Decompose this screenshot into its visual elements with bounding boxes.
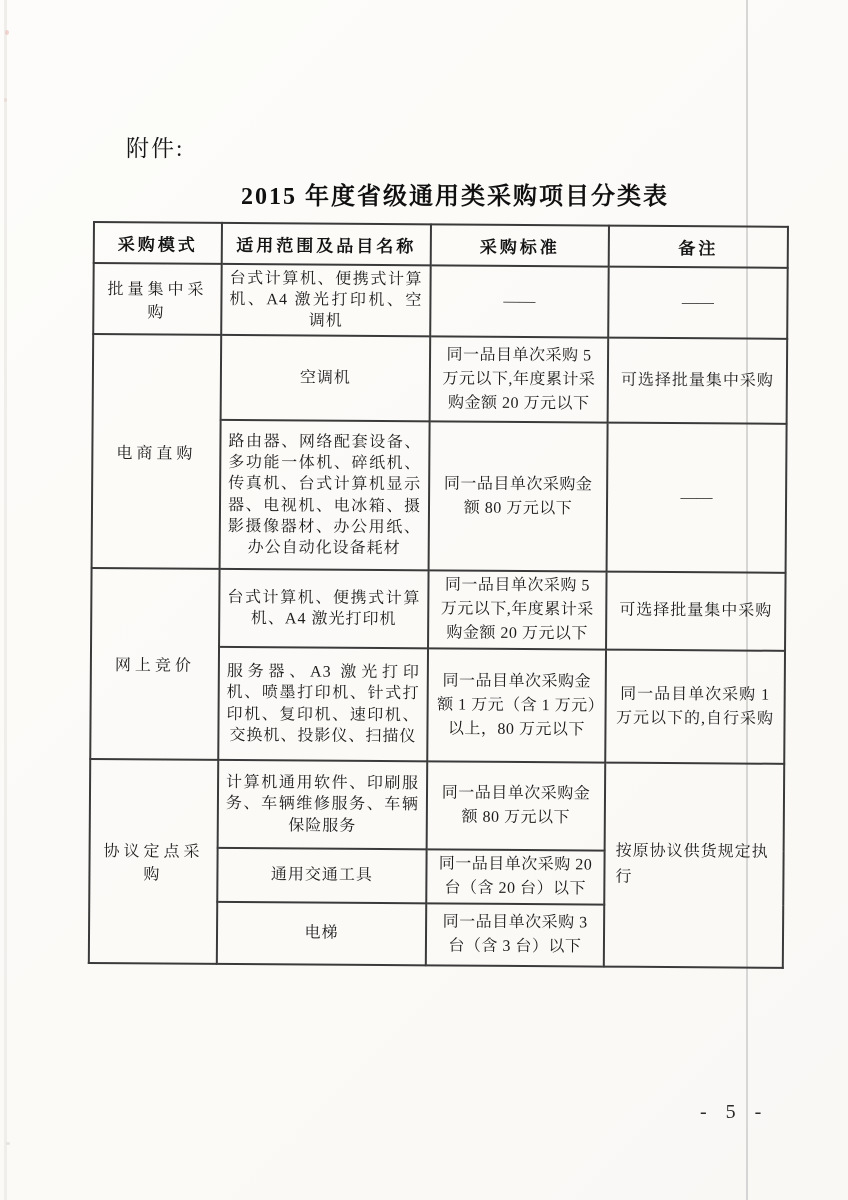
table-header-row: 采购模式 适用范围及品目名称 采购标准 备注 xyxy=(94,222,788,268)
table-row: 网上竞价 台式计算机、便携式计算机、A4 激光打印机 同一品目单次采购 5 万元… xyxy=(91,568,786,651)
header-procurement-standard: 采购标准 xyxy=(431,224,609,266)
document-title: 2015 年度省级通用类采购项目分类表 xyxy=(60,176,848,211)
standard-cell: 同一品目单次采购 3 台（含 3 台）以下 xyxy=(426,903,604,966)
remark-cell-merged: 按原协议供货规定执行 xyxy=(604,763,784,968)
header-remarks: 备注 xyxy=(609,226,788,268)
scope-cell: 空调机 xyxy=(221,335,431,421)
attachment-label: 附件: xyxy=(126,130,184,163)
remark-cell: —— xyxy=(608,267,787,339)
scope-cell: 通用交通工具 xyxy=(217,848,426,903)
remark-cell: 可选择批量集中采购 xyxy=(608,338,788,424)
table-row: 协议定点采购 计算机通用软件、印刷服务、车辆维修服务、车辆保险服务 同一品目单次… xyxy=(90,759,785,852)
standard-cell: 同一品目单次采购金额 80 万元以下 xyxy=(427,761,606,850)
mode-cell-ecommerce-direct: 电商直购 xyxy=(92,334,222,569)
standard-cell: 同一品目单次采购 5 万元以下,年度累计采购金额 20 万元以下 xyxy=(430,336,609,422)
header-procurement-mode: 采购模式 xyxy=(94,222,222,264)
scanned-document-page: 附件: 2015 年度省级通用类采购项目分类表 采购模式 适用范围及品目名称 采… xyxy=(0,0,848,1200)
scope-cell: 计算机通用软件、印刷服务、车辆维修服务、车辆保险服务 xyxy=(218,760,428,849)
standard-cell: 同一品目单次采购金额 1 万元（含 1 万元）以上，80 万元以下 xyxy=(427,648,606,762)
scan-speck xyxy=(6,1142,10,1145)
scope-cell: 服务器、A3 激光打印机、喷墨打印机、针式打印机、复印机、速印机、交换机、投影仪… xyxy=(218,647,428,761)
standard-cell: —— xyxy=(430,265,608,337)
scan-speck xyxy=(4,98,7,102)
classification-table-wrapper: 采购模式 适用范围及品目名称 采购标准 备注 批量集中采购 台式计算机、便携式计… xyxy=(88,221,791,969)
scan-speck xyxy=(5,30,9,35)
standard-cell: 同一品目单次采购金额 80 万元以下 xyxy=(429,421,608,571)
table-row: 电商直购 空调机 同一品目单次采购 5 万元以下,年度累计采购金额 20 万元以… xyxy=(93,334,788,424)
scope-cell: 路由器、网络配套设备、多功能一体机、碎纸机、传真机、台式计算机显示器、电视机、电… xyxy=(220,420,430,570)
standard-cell: 同一品目单次采购 5 万元以下,年度累计采购金额 20 万元以下 xyxy=(428,570,607,649)
scope-cell: 台式计算机、便携式计算机、A4 激光打印机、空调机 xyxy=(221,264,430,336)
classification-table: 采购模式 适用范围及品目名称 采购标准 备注 批量集中采购 台式计算机、便携式计… xyxy=(88,221,789,969)
page-number: - 5 - xyxy=(700,1101,790,1124)
remark-cell: —— xyxy=(607,423,787,573)
mode-cell-agreement-designated: 协议定点采购 xyxy=(89,759,218,964)
scan-left-edge-artifact xyxy=(4,0,7,1200)
scope-cell: 电梯 xyxy=(217,902,426,965)
remark-cell: 同一品目单次采购 1 万元以下的,自行采购 xyxy=(605,650,785,764)
scope-cell: 台式计算机、便携式计算机、A4 激光打印机 xyxy=(219,569,429,648)
mode-cell-online-bidding: 网上竞价 xyxy=(90,568,219,760)
remark-cell: 可选择批量集中采购 xyxy=(606,572,786,651)
table-row: 批量集中采购 台式计算机、便携式计算机、A4 激光打印机、空调机 —— —— xyxy=(93,263,787,339)
standard-cell: 同一品目单次采购 20 台（含 20 台）以下 xyxy=(426,849,604,904)
header-scope-items: 适用范围及品目名称 xyxy=(222,223,431,265)
mode-cell-batch-centralized: 批量集中采购 xyxy=(93,263,221,335)
